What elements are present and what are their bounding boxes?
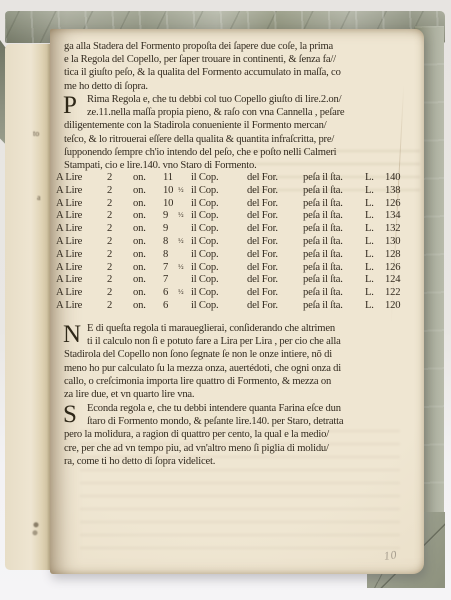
cell-fraction: ½	[178, 185, 191, 194]
cell-il-cop: il Cop.	[191, 287, 247, 298]
cell-pesa: peſa il ſta.	[303, 287, 365, 298]
cell-L: L.	[365, 210, 385, 221]
cell-pesa: peſa il ſta.	[303, 274, 365, 285]
table-row: A Lire 2 on. 6 ½ il Cop. del For. peſa i…	[56, 287, 420, 300]
formento-weight-table: A Lire 2 on. 11 il Cop. del For. peſa il…	[56, 172, 420, 313]
table-row: A Lire 2 on. 8 ½ il Cop. del For. peſa i…	[56, 236, 420, 249]
edge-text-fragment: to	[33, 130, 40, 138]
cell-lire-value: 138	[385, 185, 415, 196]
cell-lire-value: 140	[385, 172, 415, 183]
text-line: me ho detto di ſopra.	[64, 80, 408, 93]
cell-onze: 6	[163, 287, 178, 298]
cell-a-lire: A Lire	[56, 249, 98, 260]
cell-il-cop: il Cop.	[191, 274, 247, 285]
cell-lire-value: 128	[385, 249, 415, 260]
cell-a-lire: A Lire	[56, 185, 98, 196]
text-line: callo, o creſcimonia importa lire quattr…	[64, 375, 408, 388]
text-line: e la Regola del Copello, per ſaper troua…	[64, 53, 408, 66]
cell-lire-2: 2	[98, 274, 133, 285]
cell-onze: 8	[163, 249, 178, 260]
text-line: ſtaro di Formento mondo, & peſante lire.…	[87, 415, 408, 428]
cell-on: on.	[133, 210, 163, 221]
cell-del-for: del For.	[247, 262, 303, 273]
cell-on: on.	[133, 249, 163, 260]
cell-onze: 7	[163, 262, 178, 273]
text-line: E di queſta regola ti maraueglierai, con…	[87, 322, 408, 335]
cell-on: on.	[133, 300, 163, 311]
table-row: A Lire 2 on. 10 il Cop. del For. peſa il…	[56, 198, 420, 211]
cell-a-lire: A Lire	[56, 300, 98, 311]
cell-il-cop: il Cop.	[191, 249, 247, 260]
table-row: A Lire 2 on. 10 ½ il Cop. del For. peſa …	[56, 185, 420, 198]
cell-onze: 10	[163, 198, 178, 209]
text-line: tica il giuſto peſo, & la qualita del Fo…	[64, 66, 408, 79]
text-line: cre, per che ad vn tempo piu, ad vn'altr…	[64, 442, 408, 455]
cell-on: on.	[133, 236, 163, 247]
cell-on: on.	[133, 198, 163, 209]
text-line: za lire due, et vn quarto lire vna.	[64, 388, 408, 401]
cell-del-for: del For.	[247, 198, 303, 209]
text-line: pero la molidura, a ragion di quattro pe…	[64, 428, 408, 441]
cell-fraction: ½	[178, 287, 191, 296]
cell-lire-2: 2	[98, 210, 133, 221]
cell-L: L.	[365, 172, 385, 183]
cell-a-lire: A Lire	[56, 274, 98, 285]
paragraph-nota: N E di queſta regola ti maraueglierai, c…	[64, 322, 408, 401]
text-line: ra, come ti ho detto di ſopra videlicet.	[64, 455, 408, 468]
cell-L: L.	[365, 223, 385, 234]
cell-a-lire: A Lire	[56, 236, 98, 247]
cell-lire-value: 130	[385, 236, 415, 247]
cell-a-lire: A Lire	[56, 287, 98, 298]
pencil-folio-number: 10	[383, 549, 398, 563]
cell-L: L.	[365, 198, 385, 209]
cell-del-for: del For.	[247, 185, 303, 196]
cell-L: L.	[365, 185, 385, 196]
cell-lire-2: 2	[98, 262, 133, 273]
cell-L: L.	[365, 236, 385, 247]
text-line: Stampati, cio e lire.140. vno Staro di F…	[64, 159, 408, 172]
paragraph-prima-regola: P Rima Regola e, che tu debbi col tuo Co…	[64, 93, 408, 172]
text-line: ze.11.nella maſſa propia pieno, & raſo c…	[87, 106, 408, 119]
cell-onze: 10	[163, 185, 178, 196]
cell-onze: 6	[163, 300, 178, 311]
cell-del-for: del For.	[247, 249, 303, 260]
cell-onze: 11	[163, 172, 178, 183]
cell-L: L.	[365, 300, 385, 311]
text-line: ſupponendo ſempre ch'io intendo del peſo…	[64, 146, 408, 159]
cell-a-lire: A Lire	[56, 210, 98, 221]
edge-text-fragment: a	[37, 194, 41, 202]
cell-onze: 7	[163, 274, 178, 285]
cell-lire-2: 2	[98, 300, 133, 311]
cell-lire-2: 2	[98, 198, 133, 209]
cell-lire-2: 2	[98, 223, 133, 234]
table-row: A Lire 2 on. 9 il Cop. del For. peſa il …	[56, 223, 420, 236]
table-row: A Lire 2 on. 6 il Cop. del For. peſa il …	[56, 300, 420, 313]
text-line: diligentemente con la Stadirola conuenie…	[64, 119, 408, 132]
text-line: Rima Regola e, che tu debbi col tuo Cope…	[87, 93, 408, 106]
cell-lire-value: 124	[385, 274, 415, 285]
cell-lire-value: 134	[385, 210, 415, 221]
cell-lire-value: 132	[385, 223, 415, 234]
cell-on: on.	[133, 172, 163, 183]
cell-pesa: peſa il ſta.	[303, 223, 365, 234]
cell-lire-value: 122	[385, 287, 415, 298]
table-row: A Lire 2 on. 11 il Cop. del For. peſa il…	[56, 172, 420, 185]
cell-lire-value: 120	[385, 300, 415, 311]
cell-L: L.	[365, 287, 385, 298]
cell-del-for: del For.	[247, 236, 303, 247]
table-row: A Lire 2 on. 7 il Cop. del For. peſa il …	[56, 274, 420, 287]
cell-il-cop: il Cop.	[191, 300, 247, 311]
cell-del-for: del For.	[247, 274, 303, 285]
book-page: ga alla Stadera del Formento propoſta de…	[50, 29, 424, 574]
cell-L: L.	[365, 249, 385, 260]
cell-del-for: del For.	[247, 172, 303, 183]
cell-il-cop: il Cop.	[191, 172, 247, 183]
text-line: Stadirola del Copello non ſono ſegnate ſ…	[64, 348, 408, 361]
cell-il-cop: il Cop.	[191, 185, 247, 196]
text-line: teſco, & lo ritrouerai eſſere della qual…	[64, 133, 408, 146]
cell-a-lire: A Lire	[56, 172, 98, 183]
table-row: A Lire 2 on. 7 ½ il Cop. del For. peſa i…	[56, 262, 420, 275]
cell-pesa: peſa il ſta.	[303, 262, 365, 273]
cell-on: on.	[133, 262, 163, 273]
text-line: ti il calculo non ſi e potuto fare a Lir…	[87, 335, 408, 348]
cell-on: on.	[133, 223, 163, 234]
cell-on: on.	[133, 274, 163, 285]
cell-lire-2: 2	[98, 185, 133, 196]
cell-onze: 9	[163, 223, 178, 234]
paragraph-seconda-regola: S Econda regola e, che tu debbi intender…	[64, 402, 408, 468]
cell-L: L.	[365, 262, 385, 273]
cell-a-lire: A Lire	[56, 262, 98, 273]
cell-pesa: peſa il ſta.	[303, 249, 365, 260]
cell-a-lire: A Lire	[56, 198, 98, 209]
cell-fraction: ½	[178, 262, 191, 271]
cell-pesa: peſa il ſta.	[303, 198, 365, 209]
cell-onze: 8	[163, 236, 178, 247]
dropcap-initial-P: P	[63, 93, 77, 118]
cell-onze: 9	[163, 210, 178, 221]
table-row: A Lire 2 on. 9 ½ il Cop. del For. peſa i…	[56, 210, 420, 223]
cell-del-for: del For.	[247, 223, 303, 234]
cell-lire-2: 2	[98, 287, 133, 298]
cell-pesa: peſa il ſta.	[303, 300, 365, 311]
cell-pesa: peſa il ſta.	[303, 185, 365, 196]
cell-lire-2: 2	[98, 236, 133, 247]
cell-il-cop: il Cop.	[191, 262, 247, 273]
dropcap-initial-N: N	[63, 322, 81, 347]
paragraph-intro: ga alla Stadera del Formento propoſta de…	[64, 40, 408, 93]
cell-fraction: ½	[178, 210, 191, 219]
text-line: Econda regola e, che tu debbi intendere …	[87, 402, 408, 415]
text-line: meno ho pur calculato ſu la mezza onza, …	[64, 362, 408, 375]
cell-del-for: del For.	[247, 210, 303, 221]
cell-lire-2: 2	[98, 249, 133, 260]
cell-fraction: ½	[178, 236, 191, 245]
cell-lire-2: 2	[98, 172, 133, 183]
text-line: ga alla Stadera del Formento propoſta de…	[64, 40, 408, 53]
cell-L: L.	[365, 274, 385, 285]
cell-lire-value: 126	[385, 198, 415, 209]
cell-il-cop: il Cop.	[191, 223, 247, 234]
cell-on: on.	[133, 287, 163, 298]
cell-del-for: del For.	[247, 300, 303, 311]
cell-pesa: peſa il ſta.	[303, 236, 365, 247]
cell-pesa: peſa il ſta.	[303, 210, 365, 221]
cell-il-cop: il Cop.	[191, 210, 247, 221]
dropcap-initial-S: S	[63, 402, 77, 427]
cell-il-cop: il Cop.	[191, 198, 247, 209]
cell-lire-value: 126	[385, 262, 415, 273]
cell-on: on.	[133, 185, 163, 196]
cell-il-cop: il Cop.	[191, 236, 247, 247]
cell-pesa: peſa il ſta.	[303, 172, 365, 183]
table-row: A Lire 2 on. 8 il Cop. del For. peſa il …	[56, 249, 420, 262]
cell-del-for: del For.	[247, 287, 303, 298]
cell-a-lire: A Lire	[56, 223, 98, 234]
